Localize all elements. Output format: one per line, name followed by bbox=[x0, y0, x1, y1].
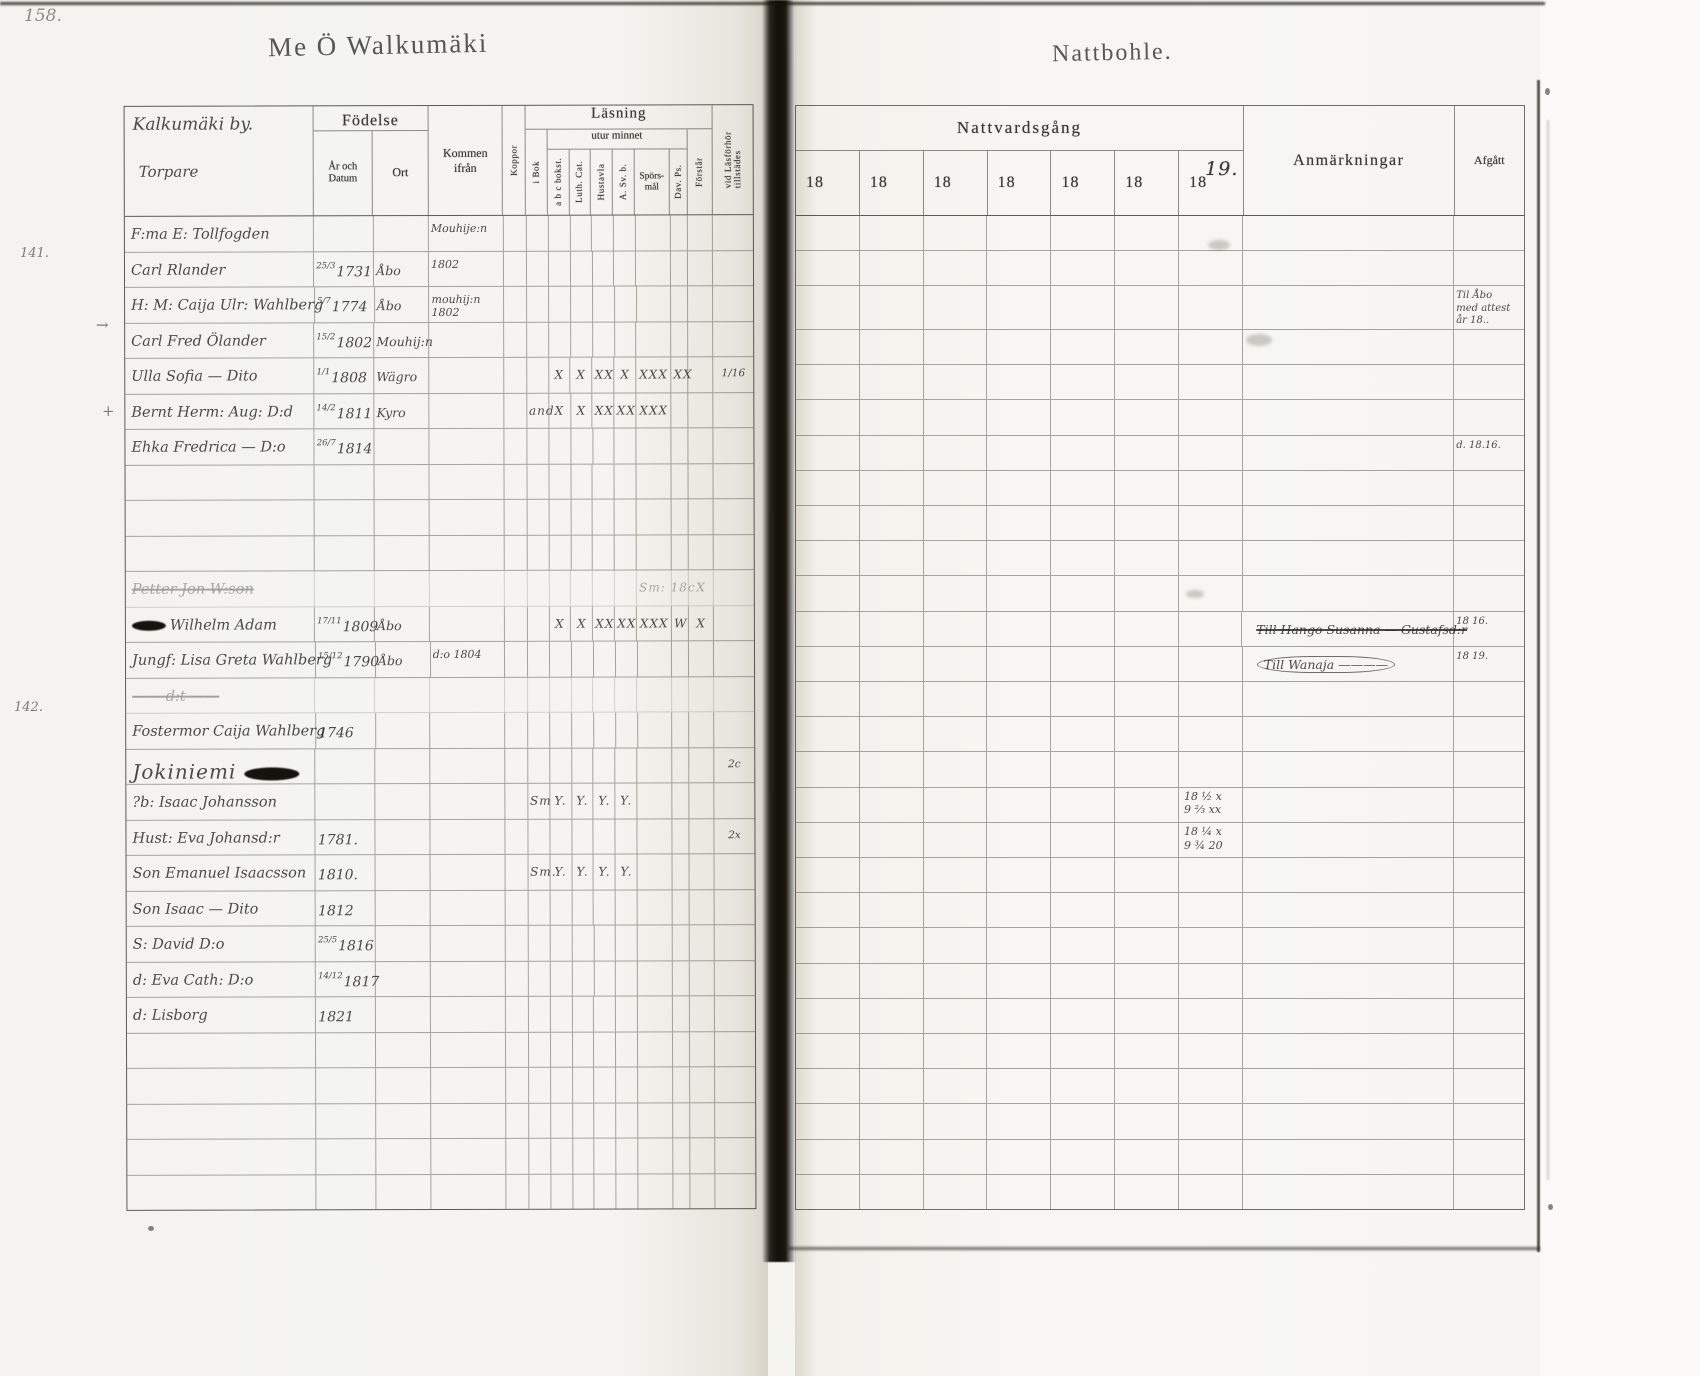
reading-mark-cell bbox=[549, 500, 571, 535]
reading-mark-cell bbox=[527, 500, 549, 535]
reading-mark-cell bbox=[550, 713, 572, 748]
communion-year-cell bbox=[987, 365, 1051, 399]
communion-year-cell bbox=[987, 752, 1051, 786]
reading-mark-cell bbox=[638, 890, 673, 925]
year-column-2: 18 bbox=[860, 151, 924, 215]
communion-year-cell bbox=[860, 788, 924, 822]
reading-mark-cell bbox=[638, 961, 673, 996]
communion-year-cell bbox=[1115, 1104, 1179, 1138]
departed-cell bbox=[1454, 1140, 1524, 1174]
reading-mark-cell bbox=[690, 996, 715, 1031]
reading-mark-cell bbox=[573, 1139, 595, 1174]
communion-year-cell bbox=[1115, 1034, 1179, 1068]
psalms-label: Dav. Ps. bbox=[673, 165, 683, 199]
birth-day-fraction: 15/12 bbox=[318, 651, 343, 661]
table-row: Bernt Herm: Aug: D:d14/21811KyroandXXXXX… bbox=[125, 393, 753, 430]
communion-year-cell bbox=[924, 576, 988, 610]
reading-mark: XXX bbox=[639, 367, 668, 381]
reading-mark-cell bbox=[594, 890, 616, 925]
birth-place-cell bbox=[375, 465, 430, 500]
communion-year-cell bbox=[860, 436, 924, 470]
attendance-cell: 1/16 bbox=[713, 357, 753, 392]
table-row: d: Lisborg1821 bbox=[127, 996, 755, 1033]
birth-date-cell bbox=[315, 500, 375, 535]
birth-day-fraction: 25/3 bbox=[316, 261, 335, 271]
year-column-3: 18 bbox=[924, 151, 988, 215]
remarks-cell bbox=[1243, 964, 1454, 998]
understands-label: Förstår bbox=[695, 157, 705, 187]
remarks-cell bbox=[1243, 893, 1454, 927]
reading-mark-cell bbox=[529, 1174, 551, 1209]
table-row bbox=[127, 1067, 755, 1104]
person-name: d: Eva Cath: D:o bbox=[133, 972, 253, 988]
reading-mark-cell bbox=[594, 713, 616, 748]
birth-place-cell: Wägro bbox=[374, 358, 429, 393]
departed-cell bbox=[1454, 541, 1524, 575]
birth-date-cell: 15/21802 bbox=[314, 323, 374, 358]
attendance-label: vid Läsförhör tillstädes bbox=[723, 131, 742, 188]
birth-label: Födelse bbox=[313, 106, 427, 130]
table-row bbox=[127, 1103, 755, 1140]
communion-year-cell bbox=[924, 286, 988, 329]
communion-year-cell bbox=[1051, 717, 1115, 751]
attendance-cell bbox=[715, 890, 755, 925]
remarks-cell bbox=[1243, 400, 1454, 434]
communion-year-cell bbox=[860, 612, 924, 646]
right-page-edge-line bbox=[1537, 80, 1540, 1252]
communion-year-cell bbox=[924, 964, 988, 998]
left-page-title: Me Ö Walkumäki bbox=[268, 28, 489, 64]
reading-mark: Y. bbox=[598, 865, 610, 879]
communion-year-cell bbox=[987, 1069, 1051, 1103]
communion-year-cell bbox=[1179, 251, 1243, 285]
house-table-subcolumn: Hustavla bbox=[591, 150, 613, 215]
birth-year: 1810. bbox=[318, 867, 358, 883]
reading-mark-cell bbox=[616, 1067, 638, 1102]
communion-year-cell bbox=[1179, 330, 1243, 364]
communion-year-cell bbox=[1179, 647, 1243, 681]
reading-mark-cell bbox=[638, 996, 673, 1031]
reading-mark-cell bbox=[690, 1032, 715, 1067]
communion-year-cell bbox=[924, 717, 988, 751]
table-row: Carl Fred Ölander15/21802Mouhij:n bbox=[125, 322, 753, 359]
reading-mark-cell bbox=[690, 1067, 715, 1102]
reading-mark-cell: X bbox=[549, 606, 571, 641]
reading-mark-cell bbox=[592, 251, 614, 286]
departed-cell bbox=[1454, 365, 1524, 399]
reading-mark-cell bbox=[550, 890, 572, 925]
come-from-cell bbox=[431, 1032, 506, 1067]
reading-mark: X bbox=[696, 580, 706, 594]
birth-place: Mouhij:n bbox=[376, 334, 433, 349]
birth-place-cell: Åbo bbox=[376, 642, 431, 677]
departed-cell bbox=[1454, 858, 1524, 892]
remarks-cell bbox=[1243, 788, 1454, 822]
book-binding-gutter bbox=[762, 0, 796, 1262]
attendance-mark: 1/16 bbox=[722, 367, 746, 379]
by-heart-label: utur minnet bbox=[547, 129, 686, 149]
reading-mark-cell bbox=[690, 1138, 715, 1173]
margin-arrow-mark: → bbox=[96, 316, 109, 334]
communion-year-cell bbox=[796, 752, 860, 786]
table-row bbox=[796, 893, 1524, 928]
reading-mark-cell bbox=[672, 570, 689, 605]
smallpox-cell bbox=[504, 251, 527, 286]
reading-mark-cell bbox=[551, 1068, 573, 1103]
reading-mark-cell bbox=[570, 216, 592, 251]
birth-place-cell bbox=[376, 713, 431, 748]
ink-smudge bbox=[1186, 590, 1204, 598]
reading-mark-cell bbox=[616, 996, 638, 1031]
come-from-cell bbox=[429, 393, 504, 428]
folio-number: 158. bbox=[24, 6, 62, 26]
communion-year-cell bbox=[1051, 541, 1115, 575]
reading-mark-cell bbox=[688, 286, 713, 321]
come-from-cell bbox=[431, 961, 506, 996]
table-row bbox=[796, 216, 1524, 251]
attendance-cell bbox=[713, 215, 753, 250]
reading-mark-cell bbox=[639, 1138, 674, 1173]
reading-mark-cell bbox=[572, 819, 594, 854]
reading-mark-cell bbox=[672, 677, 689, 712]
reading-mark-cell: X bbox=[689, 606, 714, 641]
reading-mark-cell bbox=[673, 1032, 690, 1067]
reading-mark-cell bbox=[528, 713, 550, 748]
reading-mark-cell bbox=[637, 677, 672, 712]
reading-mark-cell: Y. bbox=[616, 783, 638, 818]
table-row: S: David D:o25/51816 bbox=[127, 925, 755, 962]
remarks-cell bbox=[1243, 576, 1454, 610]
communion-year-cell bbox=[924, 330, 988, 364]
reading-mark-cell bbox=[690, 854, 715, 889]
table-row: Jokiniemi2c bbox=[126, 748, 754, 785]
birth-date-cell: 26/71814 bbox=[315, 429, 375, 464]
attendance-cell bbox=[714, 641, 754, 676]
birth-place-cell: Åbo bbox=[375, 607, 430, 642]
reading-column-group-header: Läsning i Bok utur minnet a b c bokst. L… bbox=[526, 105, 713, 214]
communion-year-cell bbox=[860, 400, 924, 434]
communion-year-cell bbox=[987, 823, 1051, 857]
reading-mark-cell bbox=[571, 464, 593, 499]
reading-mark-cell bbox=[615, 570, 637, 605]
departed-cell bbox=[1454, 1104, 1524, 1138]
communion-year-cell bbox=[1179, 1140, 1243, 1174]
person-name: Son Isaac — Dito bbox=[133, 901, 259, 917]
come-from-cell bbox=[430, 571, 505, 606]
communion-year-cell bbox=[1179, 858, 1243, 892]
reading-mark-cell bbox=[637, 428, 672, 463]
reading-mark: XXX bbox=[640, 616, 669, 630]
communion-year-cell bbox=[1115, 330, 1179, 364]
communion-year-cell bbox=[924, 251, 988, 285]
communion-year-cell bbox=[1179, 400, 1243, 434]
margin-note-141: 141. bbox=[20, 246, 49, 261]
person-name: d: Lisborg bbox=[133, 1008, 208, 1024]
reading-mark-cell: X bbox=[571, 393, 593, 428]
communion-year-cell bbox=[796, 365, 860, 399]
communion-year-cell bbox=[796, 471, 860, 505]
reading-mark: XX bbox=[595, 368, 614, 382]
birth-date-cell: 25/31731 bbox=[314, 252, 374, 287]
attendance-cell bbox=[715, 961, 755, 996]
reading-mark-cell bbox=[688, 251, 713, 286]
luther-catechism-label: Luth. Cat. bbox=[575, 161, 585, 203]
table-row: Petter Jon W:sonSm: 18cX bbox=[126, 570, 754, 607]
margin-plus-mark: + bbox=[102, 402, 115, 420]
come-from-cell bbox=[429, 322, 504, 357]
person-name: Fostermor Caija Wahlberg bbox=[132, 723, 325, 740]
table-row bbox=[127, 1174, 755, 1210]
reading-mark-cell bbox=[594, 926, 616, 961]
birth-date-cell bbox=[317, 1139, 377, 1174]
questions-subcolumn: Spörs- mål bbox=[635, 149, 670, 214]
birth-place: Åbo bbox=[377, 618, 402, 633]
communion-year-cell bbox=[987, 928, 1051, 962]
reading-mark-cell bbox=[636, 251, 671, 286]
reading-mark: Y. bbox=[555, 865, 567, 879]
communion-year-cell bbox=[796, 717, 860, 751]
reading-mark-cell bbox=[616, 925, 638, 960]
communion-year-cell bbox=[1115, 893, 1179, 927]
reading-mark-cell bbox=[551, 1032, 573, 1067]
person-name: Hust: Eva Johansd:r bbox=[132, 830, 279, 846]
communion-year-cell bbox=[987, 576, 1051, 610]
reading-mark-cell bbox=[690, 925, 715, 960]
birth-year: 1731 bbox=[336, 264, 372, 280]
communion-year-cell bbox=[1115, 1140, 1179, 1174]
village-name-handwritten: Kalkumäki by. bbox=[125, 106, 313, 134]
departed-entry: 18 16. bbox=[1456, 616, 1488, 627]
departed-cell bbox=[1454, 506, 1524, 540]
remarks-cell bbox=[1243, 1069, 1454, 1103]
reading-mark-cell: XX bbox=[593, 393, 615, 428]
communion-year-cell bbox=[1051, 612, 1115, 646]
table-row: d. 18.16. bbox=[796, 436, 1524, 471]
scan-speck bbox=[1548, 1204, 1553, 1210]
birth-place-label: Ort bbox=[373, 131, 428, 215]
communion-year-cell bbox=[1179, 286, 1243, 329]
reading-mark-cell bbox=[690, 783, 715, 818]
reading-mark-cell bbox=[673, 961, 690, 996]
departed-cell bbox=[1454, 752, 1524, 786]
names-column-header: Kalkumäki by. Torpare bbox=[125, 106, 314, 215]
person-name: —— d:t —— bbox=[132, 688, 219, 704]
communion-year-cell bbox=[860, 752, 924, 786]
communion-year-cell bbox=[924, 823, 988, 857]
departed-cell bbox=[1454, 1069, 1524, 1103]
birth-date-cell bbox=[317, 1104, 377, 1139]
birth-place-cell bbox=[375, 571, 430, 606]
communion-year-cell bbox=[1115, 365, 1179, 399]
communion-year-cell bbox=[1115, 823, 1179, 857]
abc-subcolumn: a b c bokst. bbox=[547, 150, 569, 215]
reading-mark-cell bbox=[673, 890, 690, 925]
reading-mark-cell bbox=[615, 286, 637, 321]
birth-day-fraction: 14/12 bbox=[318, 971, 343, 981]
page-edge-shadow bbox=[788, 1247, 1540, 1250]
reading-mark-cell bbox=[673, 783, 690, 818]
birth-date-cell bbox=[316, 1033, 376, 1068]
communion-year-cell bbox=[860, 682, 924, 716]
communion-year-cell bbox=[860, 1034, 924, 1068]
reading-mark-cell bbox=[594, 819, 616, 854]
reading-mark-cell bbox=[572, 713, 594, 748]
communion-year-cell bbox=[987, 251, 1051, 285]
attendance-cell bbox=[715, 1174, 755, 1209]
name-cell bbox=[127, 1139, 316, 1174]
come-from-cell bbox=[430, 819, 505, 854]
smallpox-cell bbox=[504, 571, 527, 606]
table-row: Til Åbo med attest år 18.. bbox=[796, 286, 1524, 330]
communion-year-cell bbox=[1115, 471, 1179, 505]
reading-mark-cell bbox=[689, 712, 714, 747]
birth-date-cell: 25/51816 bbox=[316, 926, 376, 961]
year-handwritten-19: 19. bbox=[1205, 159, 1238, 181]
reading-mark-cell bbox=[616, 819, 638, 854]
reading-mark-cell bbox=[572, 642, 594, 677]
table-row bbox=[796, 576, 1524, 611]
scan-speck bbox=[1545, 88, 1550, 95]
reading-mark-cell bbox=[615, 677, 637, 712]
table-row: Son Emanuel Isaacsson1810.Sm.Y.Y.Y.Y. bbox=[127, 854, 755, 891]
birth-column-header: Födelse År och Datum Ort bbox=[313, 106, 428, 215]
communion-year-cell bbox=[860, 928, 924, 962]
remarks-cell bbox=[1243, 541, 1454, 575]
smallpox-cell bbox=[504, 393, 527, 428]
attendance-cell bbox=[713, 286, 753, 321]
departed-cell bbox=[1454, 999, 1524, 1033]
reading-mark-cell: and bbox=[527, 393, 549, 428]
birth-date-cell: 1/11808 bbox=[315, 358, 375, 393]
communion-year-cell bbox=[924, 1140, 988, 1174]
table-row bbox=[125, 464, 753, 501]
come-from-cell bbox=[430, 677, 505, 712]
communion-year-cell bbox=[987, 506, 1051, 540]
table-row bbox=[796, 251, 1524, 286]
attendance-cell bbox=[714, 464, 754, 499]
birth-place-cell bbox=[374, 216, 429, 251]
communion-year-cell bbox=[1115, 999, 1179, 1033]
birth-year: 1817 bbox=[344, 974, 380, 990]
reading-mark-cell bbox=[593, 500, 615, 535]
reading-mark-cell bbox=[573, 1068, 595, 1103]
reading-mark-cell bbox=[616, 890, 638, 925]
reading-mark-cell bbox=[571, 251, 593, 286]
reading-mark-cell bbox=[528, 748, 550, 783]
reading-mark-cell bbox=[689, 641, 714, 676]
birth-date-cell bbox=[316, 784, 376, 819]
communion-year-cell bbox=[860, 964, 924, 998]
reading-mark-cell bbox=[594, 1032, 616, 1067]
remarks-cell bbox=[1243, 1104, 1454, 1138]
reading-mark-cell bbox=[551, 1174, 573, 1209]
reading-mark-cell bbox=[639, 1103, 674, 1138]
table-row bbox=[796, 471, 1524, 506]
reading-mark-cell bbox=[550, 677, 572, 712]
reading-mark-cell bbox=[671, 322, 688, 357]
name-cell: Jungf: Lisa Greta Wahlberg bbox=[126, 642, 316, 677]
come-from-cell bbox=[431, 926, 506, 961]
communion-year-cell bbox=[1179, 612, 1243, 646]
communion-year-cell bbox=[1051, 1140, 1115, 1174]
come-from-entry: d:o 1804 bbox=[433, 648, 482, 661]
reading-mark-cell bbox=[689, 677, 714, 712]
communion-year-cell bbox=[987, 541, 1051, 575]
birth-place: Åbo bbox=[377, 298, 402, 313]
right-page-edge-line-2 bbox=[1547, 120, 1549, 1180]
table-row: Fostermor Caija Wahlberg1746 bbox=[126, 712, 754, 749]
communion-year-cell bbox=[1179, 928, 1243, 962]
table-row bbox=[796, 858, 1524, 893]
birth-day-fraction: 5/7 bbox=[317, 296, 331, 306]
departed-entry: d. 18.16. bbox=[1456, 440, 1501, 451]
reading-mark-cell bbox=[549, 287, 571, 322]
communion-year-cell bbox=[987, 436, 1051, 470]
communion-year-cell bbox=[987, 858, 1051, 892]
birth-place-cell bbox=[375, 678, 430, 713]
name-cell bbox=[127, 1033, 316, 1068]
reading-mark: X bbox=[576, 368, 586, 382]
communion-year-cell bbox=[987, 999, 1051, 1033]
communion-year-cell bbox=[1115, 400, 1179, 434]
name-cell: F:ma E: Tollfogden bbox=[125, 216, 314, 251]
table-row bbox=[796, 999, 1524, 1034]
group-name-handwritten: Torpare bbox=[125, 134, 313, 180]
table-row bbox=[126, 535, 754, 572]
reading-mark-cell bbox=[638, 712, 673, 747]
table-row bbox=[796, 928, 1524, 963]
communion-year-cell bbox=[796, 964, 860, 998]
reading-mark-cell bbox=[690, 961, 715, 996]
reading-label: Läsning bbox=[526, 105, 712, 129]
remarks-cell bbox=[1243, 330, 1454, 364]
table-row bbox=[796, 964, 1524, 999]
reading-mark-cell: X bbox=[571, 358, 593, 393]
person-name: Petter Jon W:son bbox=[132, 581, 254, 597]
smallpox-column-header: Koppor bbox=[503, 106, 526, 215]
reading-mark-cell bbox=[550, 748, 572, 783]
abc-label: a b c bokst. bbox=[553, 158, 563, 206]
person-name: Wilhelm Adam bbox=[170, 617, 277, 633]
name-cell: Jokiniemi bbox=[126, 749, 315, 784]
reading-mark-cell: Y. bbox=[572, 855, 594, 890]
reading-mark-cell bbox=[572, 926, 594, 961]
communion-year-cell bbox=[796, 506, 860, 540]
communion-year-cell bbox=[796, 893, 860, 927]
communion-year-cell bbox=[1179, 893, 1243, 927]
birth-day-fraction: 14/2 bbox=[317, 403, 336, 413]
table-row bbox=[796, 752, 1524, 787]
table-row: —— d:t —— bbox=[126, 677, 754, 714]
communion-year-cell bbox=[924, 788, 988, 822]
communion-year-cell bbox=[860, 647, 924, 681]
reading-mark: X bbox=[555, 403, 565, 417]
reading-mark-cell bbox=[571, 322, 593, 357]
table-row: Jungf: Lisa Greta Wahlberg15/121790Åbod:… bbox=[126, 641, 754, 678]
departed-cell bbox=[1454, 788, 1524, 822]
birth-year: 1811 bbox=[337, 406, 373, 422]
communion-year-cell bbox=[987, 216, 1051, 250]
birth-year: 1821 bbox=[318, 1009, 354, 1025]
reading-mark-cell bbox=[690, 819, 715, 854]
reading-mark-cell bbox=[616, 712, 638, 747]
departed-cell bbox=[1454, 216, 1524, 250]
reading-mark-cell bbox=[617, 1138, 639, 1173]
table-row bbox=[127, 1138, 755, 1175]
table-row bbox=[796, 1140, 1524, 1175]
remarks-cell bbox=[1243, 752, 1454, 786]
reading-mark-cell: XX bbox=[615, 606, 637, 641]
